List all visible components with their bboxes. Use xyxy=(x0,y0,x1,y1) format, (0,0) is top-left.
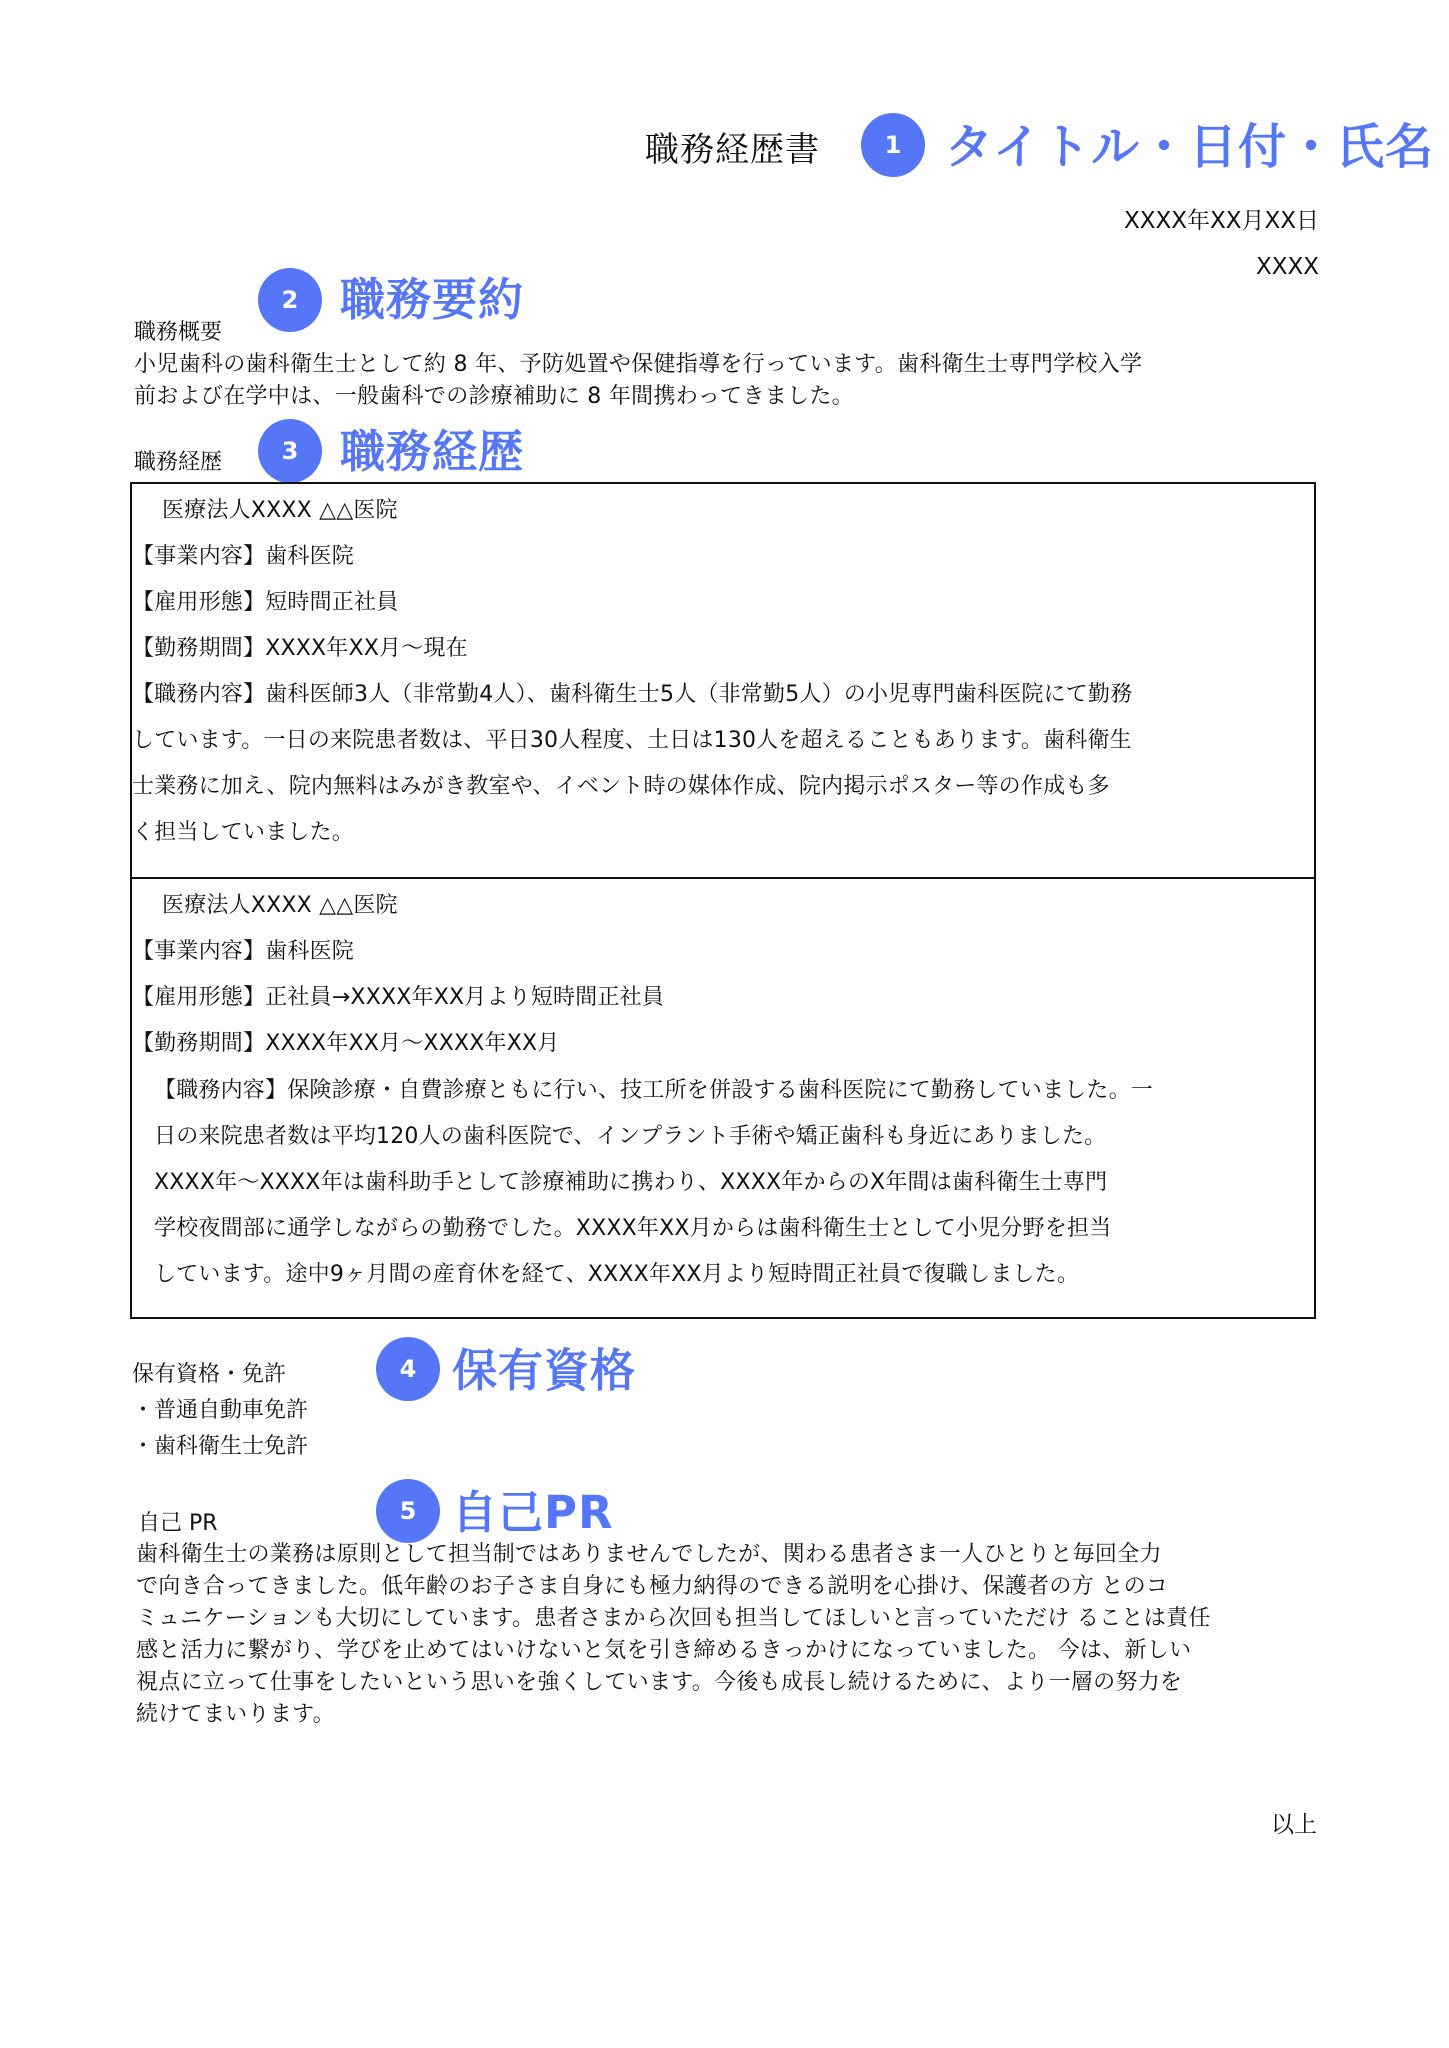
summary-body: 小児歯科の歯科衛生士として約 8 年、予防処置や保健指導を行っています。歯科衛生… xyxy=(134,349,1329,413)
self-pr-line: 視点に立って仕事をしたいという思いを強くしています。今後も成長し続けるために、よ… xyxy=(136,1667,1331,1699)
entry-period: 【勤務期間】XXXX年XX月～XXXX年XX月 xyxy=(132,1029,559,1059)
closing-mark: 以上 xyxy=(1271,1810,1317,1840)
history-entry: 医療法人XXXX △△医院 【事業内容】歯科医院 【雇用形態】正社員→XXXX年… xyxy=(132,879,1314,1319)
annotation-badge-4: 4 xyxy=(376,1337,440,1401)
history-table: 医療法人XXXX △△医院 【事業内容】歯科医院 【雇用形態】短時間正社員 【勤… xyxy=(130,482,1316,1319)
entry-period: 【勤務期間】XXXX年XX月～現在 xyxy=(132,634,468,664)
entry-duty-line: しています。一日の来院患者数は、平日30人程度、土日は130人を超えることもあり… xyxy=(132,726,1132,756)
annotation-label-history: 職務経歴 xyxy=(340,424,524,480)
entry-duty-line: 【職務内容】歯科医師3人（非常勤4人）、歯科衛生士5人（非常勤5人）の小児専門歯… xyxy=(132,680,1132,710)
entry-duty-line: 【職務内容】保険診療・自費診療ともに行い、技工所を併設する歯科医院にて勤務してい… xyxy=(154,1076,1153,1106)
annotation-label-self-pr: 自己PR xyxy=(452,1485,614,1541)
entry-employment: 【雇用形態】正社員→XXXX年XX月より短時間正社員 xyxy=(132,983,664,1013)
applicant-name: XXXX xyxy=(1256,252,1319,282)
summary-heading: 職務概要 xyxy=(134,318,222,348)
summary-line: 小児歯科の歯科衛生士として約 8 年、予防処置や保健指導を行っています。歯科衛生… xyxy=(134,349,1329,381)
self-pr-line: 歯科衛生士の業務は原則として担当制ではありませんでしたが、関わる患者さま一人ひと… xyxy=(136,1539,1331,1571)
qualification-item: ・歯科衛生士免許 xyxy=(132,1432,308,1462)
entry-duty-line: しています。途中9ヶ月間の産育休を経て、XXXX年XX月より短時間正社員で復職し… xyxy=(154,1260,1079,1290)
entry-employment: 【雇用形態】短時間正社員 xyxy=(132,588,398,618)
annotation-label-title-date-name: タイトル・日付・氏名 xyxy=(945,117,1434,177)
self-pr-line: 続けてまいります。 xyxy=(136,1699,1331,1731)
summary-line: 前および在学中は、一般歯科での診療補助に 8 年間携わってきました。 xyxy=(134,381,1329,413)
self-pr-line: で向き合ってきました。低年齢のお子さま自身にも極力納得のできる説明を心掛け、保護… xyxy=(136,1571,1331,1603)
qualifications-heading: 保有資格・免許 xyxy=(132,1360,286,1390)
document-date: XXXX年XX月XX日 xyxy=(1124,206,1319,236)
entry-duty-line: 学校夜間部に通学しながらの勤務でした。XXXX年XX月からは歯科衛生士として小児… xyxy=(154,1214,1111,1244)
annotation-badge-2: 2 xyxy=(258,268,322,332)
annotation-badge-1: 1 xyxy=(861,113,925,177)
entry-duty-line: 日の来院患者数は平均120人の歯科医院で、インプラント手術や矯正歯科も身近にあり… xyxy=(154,1122,1106,1152)
self-pr-heading: 自己 PR xyxy=(138,1509,218,1539)
qualification-item: ・普通自動車免許 xyxy=(132,1396,308,1426)
entry-company: 医療法人XXXX △△医院 xyxy=(162,496,398,526)
self-pr-body: 歯科衛生士の業務は原則として担当制ではありませんでしたが、関わる患者さま一人ひと… xyxy=(136,1539,1331,1731)
entry-business: 【事業内容】歯科医院 xyxy=(132,937,354,967)
annotation-badge-5: 5 xyxy=(376,1479,440,1543)
history-entry: 医療法人XXXX △△医院 【事業内容】歯科医院 【雇用形態】短時間正社員 【勤… xyxy=(132,484,1314,879)
entry-duty-line: XXXX年～XXXX年は歯科助手として診療補助に携わり、XXXX年からのX年間は… xyxy=(154,1168,1107,1198)
annotation-label-qualifications: 保有資格 xyxy=(452,1343,636,1399)
self-pr-line: ミュニケーションも大切にしています。患者さまから次回も担当してほしいと言っていた… xyxy=(136,1603,1331,1635)
annotation-label-summary: 職務要約 xyxy=(340,272,524,328)
entry-company: 医療法人XXXX △△医院 xyxy=(162,891,398,921)
self-pr-line: 感と活力に繋がり、学びを止めてはいけないと気を引き締めるきっかけになっていました… xyxy=(136,1635,1331,1667)
document-title: 職務経歴書 xyxy=(645,128,820,172)
entry-business: 【事業内容】歯科医院 xyxy=(132,542,354,572)
entry-duty-line: 士業務に加え、院内無料はみがき教室や、イベント時の媒体作成、院内掲示ポスター等の… xyxy=(132,772,1110,802)
history-heading: 職務経歴 xyxy=(134,448,222,478)
annotation-badge-3: 3 xyxy=(258,419,322,483)
entry-duty-line: く担当していました。 xyxy=(132,818,354,848)
